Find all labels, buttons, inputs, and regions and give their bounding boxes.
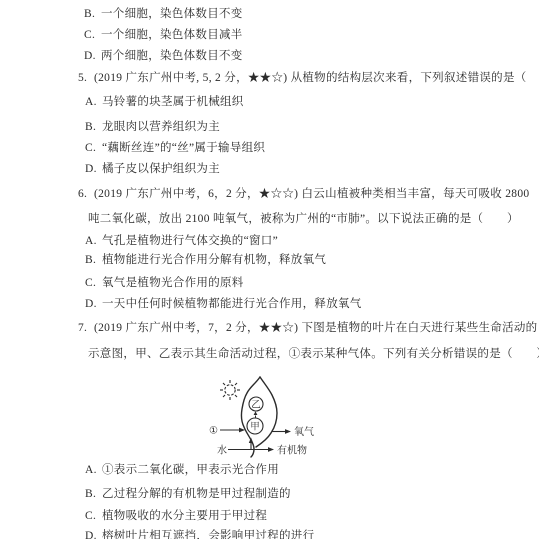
question-7-stem-line2: 示意图，甲、乙表示其生命活动过程，①表示某种气体。下列有关分析错误的是（ ） [88,347,539,361]
option-label: D. [85,529,102,539]
option-row: B.龙眼肉以营养组织为主 [85,120,220,134]
option-text: 乙过程分解的有机物是甲过程制造的 [102,488,291,500]
sun-icon [220,380,240,400]
question-number: 5. [78,71,92,85]
option-text: 一个细胞，染色体数目减半 [101,29,243,41]
question-stem-text: 示意图，甲、乙表示其生命活动过程，①表示某种气体。下列有关分析错误的是（ ） [88,348,539,360]
option-text: 氧气是植物光合作用的原料 [102,277,244,289]
option-row: A.马铃薯的块茎属于机械组织 [85,95,244,109]
option-label: B. [85,253,102,267]
option-text: 龙眼肉以营养组织为主 [102,121,220,133]
option-text: 榕树叶片相互遮挡，会影响甲过程的进行 [102,530,314,539]
question-6-stem-line1: 6.(2019 广东广州中考，6，2 分，★☆☆) 白云山植被种类相当丰富，每天… [78,187,529,201]
option-label: D. [85,162,102,176]
option-row: B.一个细胞，染色体数目不变 [84,7,243,21]
option-label: D. [85,297,102,311]
question-stem-text: (2019 广东广州中考，6，2 分，★☆☆) 白云山植被种类相当丰富，每天可吸… [94,188,529,200]
question-7-stem-line1: 7.(2019 广东广州中考，7，2 分，★★☆) 下图是植物的叶片在白天进行某… [78,321,537,335]
option-text: “藕断丝连”的“丝”属于输导组织 [102,142,265,154]
question-6-stem-line2: 吨二氧化碳，放出 2100 吨氧气，被称为广州的“市肺”。以下说法正确的是（ ） [88,212,519,226]
option-label: B. [84,7,101,21]
option-label: D. [84,49,101,63]
question-number: 6. [78,187,92,201]
option-row: C.“藕断丝连”的“丝”属于输导组织 [85,141,265,155]
option-label: C. [84,28,101,42]
option-row: D.一天中任何时候植物都能进行光合作用，释放氧气 [85,297,362,311]
gas-in-arrow [220,428,245,433]
water-organic-lines [228,438,274,452]
option-label: C. [85,276,102,290]
water-label: 水 [217,444,227,457]
option-label: B. [85,120,102,134]
option-row: B.乙过程分解的有机物是甲过程制造的 [85,487,291,501]
option-text: 气孔是植物进行气体交换的“窗口” [102,235,278,247]
question-stem-text: 吨二氧化碳，放出 2100 吨氧气，被称为广州的“市肺”。以下说法正确的是（ ） [88,213,519,225]
option-label: C. [85,141,102,155]
option-text: 橘子皮以保护组织为主 [102,163,220,175]
option-label: A. [85,95,102,109]
option-label: A. [85,234,102,248]
option-text: 两个细胞，染色体数目不变 [101,50,243,62]
option-row: D.橘子皮以保护组织为主 [85,162,220,176]
leaf-outline [241,377,277,457]
leaf-diagram-svg: 乙 甲 ① 氧气 水 [198,374,338,466]
process-jia-label: 甲 [250,422,260,433]
oxygen-label: 氧气 [294,425,314,438]
option-label: B. [85,487,102,501]
leaf-diagram: 乙 甲 ① 氧气 水 [198,374,338,471]
option-row: C.氧气是植物光合作用的原料 [85,276,244,290]
option-row: D.两个细胞，染色体数目不变 [84,49,243,63]
question-stem-text: (2019 广东广州中考，7，2 分，★★☆) 下图是植物的叶片在白天进行某些生… [94,322,537,334]
process-yi-node: 乙 [249,397,263,411]
option-text: 马铃薯的块茎属于机械组织 [102,96,244,108]
option-text: 一天中任何时候植物都能进行光合作用，释放氧气 [102,298,362,310]
option-label: C. [85,509,102,523]
process-jia-node: 甲 [247,418,263,434]
option-row: C.一个细胞，染色体数目减半 [84,28,243,42]
option-row: A.气孔是植物进行气体交换的“窗口” [85,234,278,248]
gas-in-label: ① [209,426,218,437]
option-text: ①表示二氧化碳，甲表示光合作用 [102,464,279,476]
process-yi-label: 乙 [251,400,261,411]
option-text: 植物能进行光合作用分解有机物，释放氧气 [102,254,326,266]
dashed-arrow-jia-to-yi [254,411,258,417]
option-label: A. [85,463,102,477]
option-text: 植物吸收的水分主要用于甲过程 [102,510,267,522]
question-5-stem: 5.(2019 广东广州中考, 5, 2 分，★★☆) 从植物的结构层次来看，下… [78,71,539,85]
option-row: B.植物能进行光合作用分解有机物，释放氧气 [85,253,326,267]
option-row: C.植物吸收的水分主要用于甲过程 [85,509,267,523]
organic-label: 有机物 [277,444,307,457]
exam-document-page: B.一个细胞，染色体数目不变 C.一个细胞，染色体数目减半 D.两个细胞，染色体… [0,0,539,539]
question-stem-text: (2019 广东广州中考, 5, 2 分，★★☆) 从植物的结构层次来看，下列叙… [94,72,539,84]
oxygen-arrow [272,429,291,434]
question-number: 7. [78,321,92,335]
option-row: D.榕树叶片相互遮挡，会影响甲过程的进行 [85,529,314,539]
option-row: A.①表示二氧化碳，甲表示光合作用 [85,463,279,477]
option-text: 一个细胞，染色体数目不变 [101,8,243,20]
